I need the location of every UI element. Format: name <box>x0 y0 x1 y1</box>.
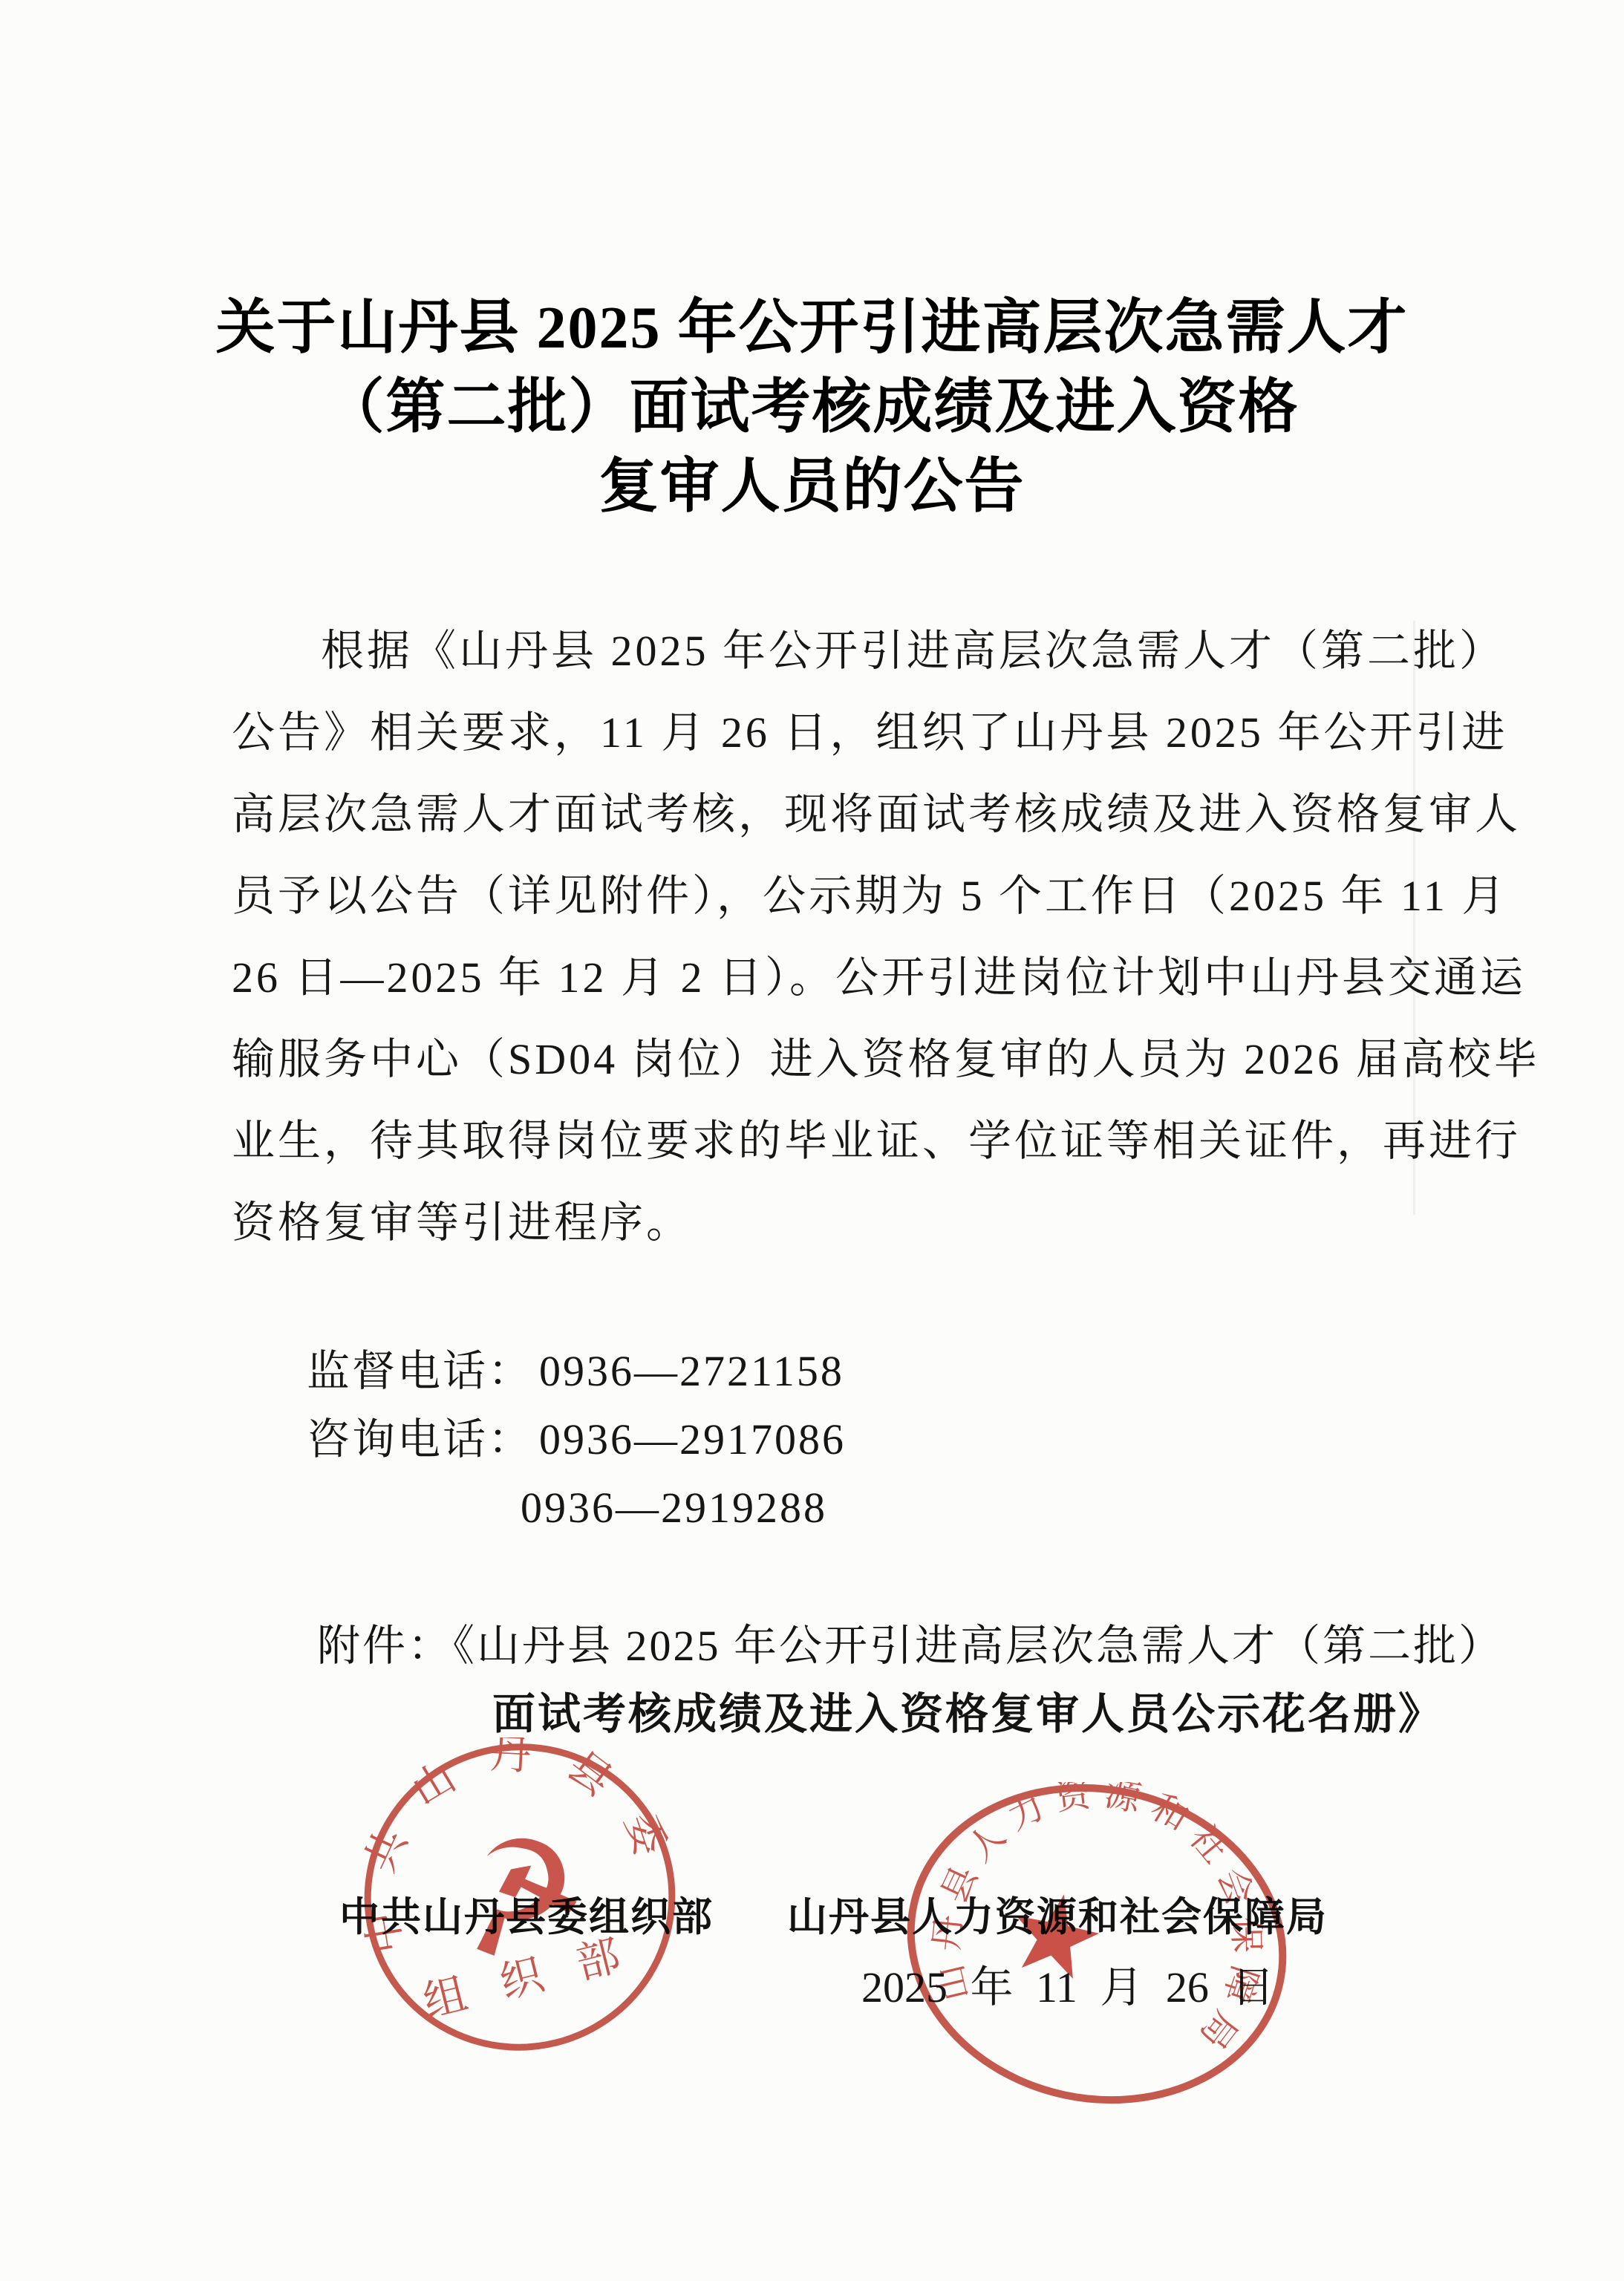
consultation-phone-label: 咨询电话： <box>307 1415 533 1463</box>
attachment-line-1: 附件：《山丹县 2025 年公开引进高层次急需人才（第二批） <box>317 1612 1504 1680</box>
star-icon <box>1005 1886 1105 1983</box>
left-official-seal: 中共山丹县委 ☭ 组织部 <box>360 1737 694 2068</box>
supervision-phone-line: 监督电话：0936—2721158 <box>307 1337 846 1406</box>
consultation-phone-line: 咨询电话：0936—2917086 <box>307 1406 846 1474</box>
title-line-1: 关于山丹县 2025 年公开引进高层次急需人才 <box>0 289 1624 368</box>
supervision-phone-number: 0936—2721158 <box>533 1347 844 1395</box>
consultation-phone-line-2: 0936—2919288 <box>307 1474 846 1542</box>
consultation-phone-number-1: 0936—2917086 <box>533 1415 846 1463</box>
contact-phones: 监督电话：0936—2721158 咨询电话：0936—2917086 0936… <box>307 1337 846 1542</box>
body-line: 公告》相关要求，11 月 26 日，组织了山丹县 2025 年公开引进 <box>232 692 1422 774</box>
body-line: 资格复审等引进程序。 <box>232 1182 1422 1264</box>
document-title: 关于山丹县 2025 年公开引进高层次急需人才 （第二批）面试考核成绩及进入资格… <box>0 289 1624 527</box>
body-line: 高层次急需人才面试考核，现将面试考核成绩及进入资格复审人 <box>232 774 1422 855</box>
body-line: 26 日—2025 年 12 月 2 日）。公开引进岗位计划中山丹县交通运 <box>232 937 1422 1019</box>
announcement-page: 关于山丹县 2025 年公开引进高层次急需人才 （第二批）面试考核成绩及进入资格… <box>0 0 1624 2281</box>
attachment-label: 附件： <box>317 1622 453 1670</box>
attachment-title-part-1: 《山丹县 2025 年公开引进高层次急需人才（第二批） <box>453 1622 1504 1670</box>
title-line-2: （第二批）面试考核成绩及进入资格 <box>0 368 1624 448</box>
attachment-section: 附件：《山丹县 2025 年公开引进高层次急需人才（第二批） 面试考核成绩及进入… <box>317 1612 1504 1749</box>
body-paragraph: 根据《山丹县 2025 年公开引进高层次急需人才（第二批） 公告》相关要求，11… <box>232 610 1422 1264</box>
supervision-phone-label: 监督电话： <box>307 1347 533 1395</box>
body-line: 业生，待其取得岗位要求的毕业证、学位证等相关证件，再进行 <box>232 1100 1422 1182</box>
scan-artifact-line <box>1413 621 1415 1215</box>
consultation-phone-number-2: 0936—2919288 <box>515 1484 827 1532</box>
body-line: 员予以公告（详见附件），公示期为 5 个工作日（2025 年 11 月 <box>232 855 1422 937</box>
title-line-3: 复审人员的公告 <box>0 448 1624 527</box>
body-line: 输服务中心（SD04 岗位）进入资格复审的人员为 2026 届高校毕 <box>232 1019 1422 1100</box>
body-line: 根据《山丹县 2025 年公开引进高层次急需人才（第二批） <box>232 610 1422 692</box>
right-official-seal: 山丹县人力资源和社会保障局 <box>902 1782 1296 2109</box>
